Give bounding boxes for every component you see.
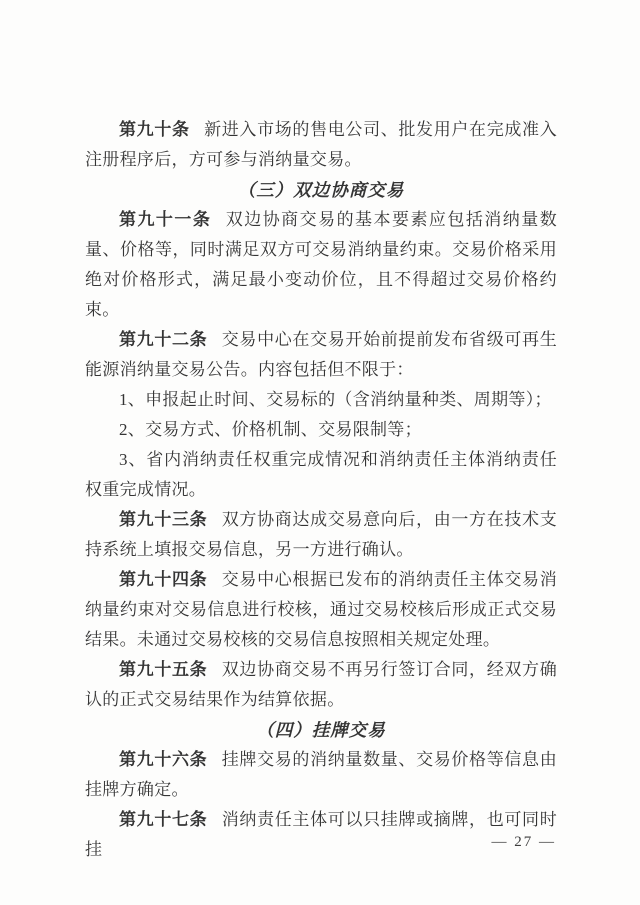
article-93-term: 第九十三条: [119, 510, 207, 529]
list-item-3: 3、省内消纳责任权重完成情况和消纳责任主体消纳责任权重完成情况。: [85, 445, 557, 505]
page-number: — 27 —: [492, 834, 557, 851]
article-92-term: 第九十二条: [119, 330, 207, 349]
document-page: 第九十条新进入市场的售电公司、批发用户在完成准入注册程序后，方可参与消纳量交易。…: [0, 0, 640, 905]
article-94-paragraph: 第九十四条交易中心根据已发布的消纳责任主体交易消纳量约束对交易信息进行校核，通过…: [85, 565, 557, 655]
article-97-term: 第九十七条: [119, 810, 207, 829]
article-93-paragraph: 第九十三条双方协商达成交易意向后，由一方在技术支持系统上填报交易信息，另一方进行…: [85, 505, 557, 565]
article-92-paragraph: 第九十二条交易中心在交易开始前提前发布省级可再生能源消纳量交易公告。内容包括但不…: [85, 325, 557, 385]
article-91-paragraph: 第九十一条双边协商交易的基本要素应包括消纳量数量、价格等，同时满足双方可交易消纳…: [85, 205, 557, 325]
article-96-paragraph: 第九十六条挂牌交易的消纳量数量、交易价格等信息由挂牌方确定。: [85, 745, 557, 805]
article-95-term: 第九十五条: [119, 660, 207, 679]
article-97-paragraph: 第九十七条消纳责任主体可以只挂牌或摘牌，也可同时挂: [85, 805, 557, 865]
article-94-term: 第九十四条: [119, 570, 207, 589]
section-heading-4: （四）挂牌交易: [85, 715, 557, 745]
list-item-2: 2、交易方式、价格机制、交易限制等；: [85, 415, 557, 445]
article-95-paragraph: 第九十五条双边协商交易不再另行签订合同，经双方确认的正式交易结果作为结算依据。: [85, 655, 557, 715]
article-90-term: 第九十条: [119, 120, 190, 139]
document-body: 第九十条新进入市场的售电公司、批发用户在完成准入注册程序后，方可参与消纳量交易。…: [85, 115, 557, 865]
list-item-1: 1、申报起止时间、交易标的（含消纳量种类、周期等）；: [85, 385, 557, 415]
article-96-term: 第九十六条: [119, 750, 207, 769]
section-heading-3: （三）双边协商交易: [85, 175, 557, 205]
article-91-term: 第九十一条: [119, 210, 211, 229]
article-90-paragraph: 第九十条新进入市场的售电公司、批发用户在完成准入注册程序后，方可参与消纳量交易。: [85, 115, 557, 175]
